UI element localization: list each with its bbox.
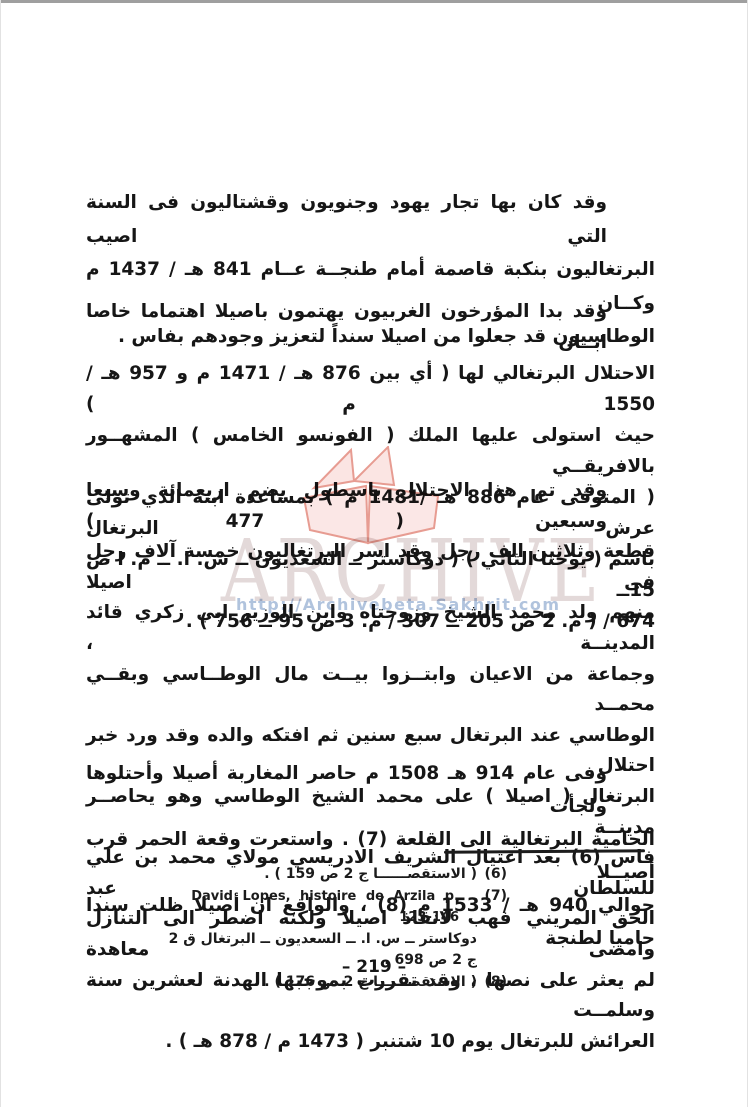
text-line: وقد بدا المؤرخون الغربيون يهتمون باصيلا … — [86, 296, 655, 358]
text-line: الاحتلال البرتغالي لها ( أي بين 876 هـ /… — [86, 358, 655, 420]
scanned-book-page: وقد كان بها تجار يهود وجنويون وقشتاليون … — [0, 0, 748, 1107]
footnote-row: (7) David Lopes, histoire de Arzila p. 1… — [162, 886, 507, 929]
text-line: وفى عام 914 هـ 1508 م حاصر المغاربة أصيل… — [86, 757, 655, 823]
text-line: منهم ولد محمد الشيخ وزوجتاه وابن الوزير … — [86, 598, 655, 659]
scan-edge-top — [0, 0, 748, 3]
scan-edge-left — [0, 0, 1, 1107]
text-line: وجماعة من الاعيان وابتــزوا بيــت مال ال… — [86, 660, 655, 721]
page-number: – 219 – — [0, 957, 748, 977]
footnote-number: (6) — [481, 864, 507, 886]
text-line: قطعة وثلاثين الف رجل وقد اسر البرتغاليون… — [86, 537, 655, 598]
text-line: العرائش للبرتغال يوم 10 شتنبر ( 1473 م /… — [86, 1027, 655, 1058]
footnote-text: David Lopes, histoire de Arzila p. 123-1… — [162, 886, 481, 929]
text-line: حيث استولى عليها الملك ( الفونسو الخامس … — [86, 420, 655, 482]
footnote-row: (6) ( الاستقصــــــا ج 2 ص 159 ) . — [162, 864, 507, 886]
footnote-text: ( الاستقصــــــا ج 2 ص 159 ) . — [162, 864, 481, 886]
text-line: وقد كان بها تجار يهود وجنويون وقشتاليون … — [86, 186, 655, 253]
text-line: وقد تم هذا الاحتلال باسطول يضم اربعمائة … — [86, 476, 655, 537]
footnote-number: (7) — [481, 886, 507, 929]
